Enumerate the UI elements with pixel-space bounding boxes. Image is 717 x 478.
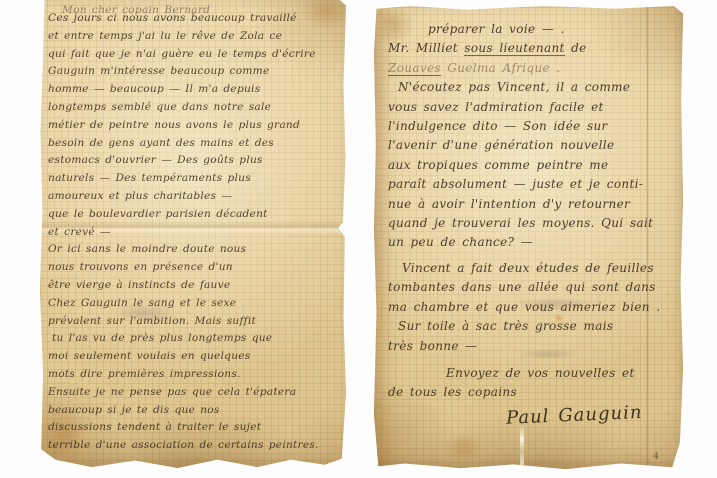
signature: Paul Gauguin: [506, 401, 682, 428]
letter-line: longtemps semblé que dans notre sale: [48, 99, 344, 117]
letter-line: homme — beaucoup — Il m'a depuis: [48, 81, 344, 99]
letter-line: besoin de gens ayant des mains et des: [48, 135, 344, 153]
letter-line: Or ici sans le moindre doute nous: [48, 241, 344, 259]
letter-line: qui fait que je n'ai guère eu le temps d…: [48, 46, 344, 64]
letter-line: et crevé —: [48, 224, 344, 242]
letter-line: N'écoutez pas Vincent, il a comme: [398, 78, 681, 97]
letter-line: de tous les copains: [388, 383, 681, 402]
letter-page-left: Mon cher copain Bernard Ces jours ci nou…: [40, 0, 346, 468]
letter-line: paraît absolument — juste et je conti-: [388, 175, 681, 194]
letter-line-zouaves: Zouaves Guelma Afrique .: [388, 59, 681, 78]
milliet-suffix: de: [565, 41, 587, 55]
letter-line: mots dire premières impressions.: [48, 366, 344, 384]
letter-line: Vincent a fait deux études de feuilles: [402, 259, 681, 278]
letter-line: métier de peintre nous avons le plus gra…: [48, 117, 344, 135]
letter-line: moi seulement voulais en quelques: [48, 348, 344, 366]
letter-line: amoureux et plus charitables —: [48, 188, 344, 206]
page-number: 4: [653, 452, 659, 462]
letter-line: discussions tendent à traiter le sujet: [48, 419, 344, 437]
letter-line: Envoyez de vos nouvelles et: [446, 364, 681, 383]
milliet-underlined: sous lieutenant: [464, 41, 564, 56]
letter-line: que le boulevardier parisien décadent: [48, 206, 344, 224]
letter-line: l'avenir d'une génération nouvelle: [388, 136, 681, 155]
letter-line: aux tropiques comme peintre me: [388, 156, 681, 175]
letter-line: nue à avoir l'intention d'y retourner: [388, 195, 681, 214]
zouaves-rest: Guelma Afrique .: [441, 61, 561, 75]
letter-line: quand je trouverai les moyens. Qui sait: [388, 214, 681, 233]
letter-line: Sur toile à sac très grosse mais: [398, 317, 681, 336]
zouaves-underlined: Zouaves: [388, 61, 441, 76]
letter-line: Mon cher copain Bernard: [62, 2, 210, 20]
letter-line: naturels — Des tempéraments plus: [48, 170, 344, 188]
letter-line: préparer la voie — .: [428, 20, 681, 39]
letter-line: très bonne —: [388, 337, 681, 356]
letter-line: Gauguin m'intéresse beaucoup comme: [48, 63, 344, 81]
letter-line: un peu de chance? —: [388, 233, 681, 252]
letter-line: beaucoup si je te dis que nos: [48, 402, 344, 420]
letter-line: l'indulgence dito — Son idée sur: [388, 117, 681, 136]
letter-line: terrible d'une association de certains p…: [48, 437, 344, 455]
letter-line: Chez Gauguin le sang et le sexe: [48, 295, 344, 313]
letter-line: Ensuite je ne pense pas que cela t'épate…: [48, 384, 344, 402]
letter-line: tombantes dans une allée qui sont dans: [388, 278, 681, 297]
letter-line-milliet: Mr. Milliet sous lieutenant de: [388, 39, 681, 58]
letter-line: prévalent sur l'ambition. Mais suffit: [48, 313, 344, 331]
letter-line: tu l'as vu de près plus longtemps que: [52, 330, 344, 348]
letter-line: nous trouvons en présence d'un: [48, 259, 344, 277]
letter-line: et entre temps j'ai lu le rêve de Zola c…: [48, 28, 344, 46]
letter-line: estomacs d'ouvrier — Des goûts plus: [48, 152, 344, 170]
letter-page-right: préparer la voie — . Mr. Milliet sous li…: [374, 6, 683, 470]
letter-line: vous savez l'admiration facile et: [388, 98, 681, 117]
milliet-prefix: Mr. Milliet: [388, 41, 464, 55]
letter-line: être vierge à instincts de fauve: [48, 277, 344, 295]
letter-line: ma chambre et que vous aimeriez bien .: [388, 298, 681, 317]
letter-scan: Mon cher copain Bernard Ces jours ci nou…: [0, 0, 717, 478]
